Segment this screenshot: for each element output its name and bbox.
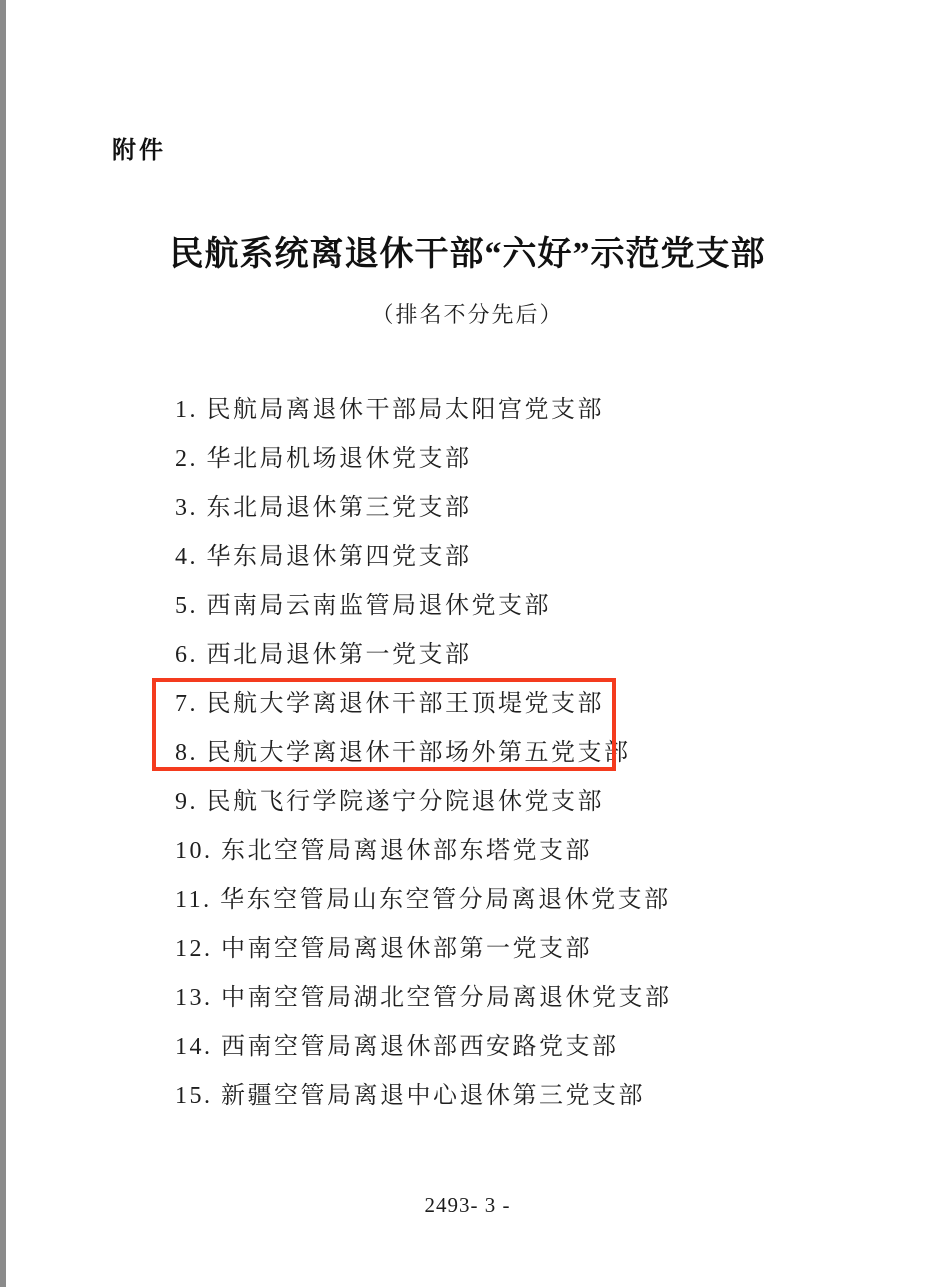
list-item: 14. 西南空管局离退休部西安路党支部 [175,1023,815,1072]
list-item: 4. 华东局退休第四党支部 [175,533,815,582]
list-item: 13. 中南空管局湖北空管分局离退休党支部 [175,974,815,1023]
list-item: 10. 东北空管局离退休部东塔党支部 [175,827,815,876]
branch-list: 1. 民航局离退休干部局太阳宫党支部 2. 华北局机场退休党支部 3. 东北局退… [175,386,815,1121]
list-item: 2. 华北局机场退休党支部 [175,435,815,484]
document-subtitle: （排名不分先后） [10,298,925,329]
attachment-label: 附件 [112,130,166,165]
scan-edge-strip [0,0,6,1287]
list-item: 9. 民航飞行学院遂宁分院退休党支部 [175,778,815,827]
document-page: 附件 民航系统离退休干部“六好”示范党支部 （排名不分先后） 1. 民航局离退休… [0,0,925,1287]
list-item-highlighted: 7. 民航大学离退休干部王顶堤党支部 [175,680,815,729]
list-item: 11. 华东空管局山东空管分局离退休党支部 [175,876,815,925]
list-item: 15. 新疆空管局离退中心退休第三党支部 [175,1072,815,1121]
list-item: 12. 中南空管局离退休部第一党支部 [175,925,815,974]
list-item: 3. 东北局退休第三党支部 [175,484,815,533]
list-item-highlighted: 8. 民航大学离退休干部场外第五党支部 [175,729,815,778]
list-item: 1. 民航局离退休干部局太阳宫党支部 [175,386,815,435]
list-item: 6. 西北局退休第一党支部 [175,631,815,680]
list-item: 5. 西南局云南监管局退休党支部 [175,582,815,631]
document-title: 民航系统离退休干部“六好”示范党支部 [10,226,925,275]
page-number: 2493- 3 - [10,1193,925,1218]
